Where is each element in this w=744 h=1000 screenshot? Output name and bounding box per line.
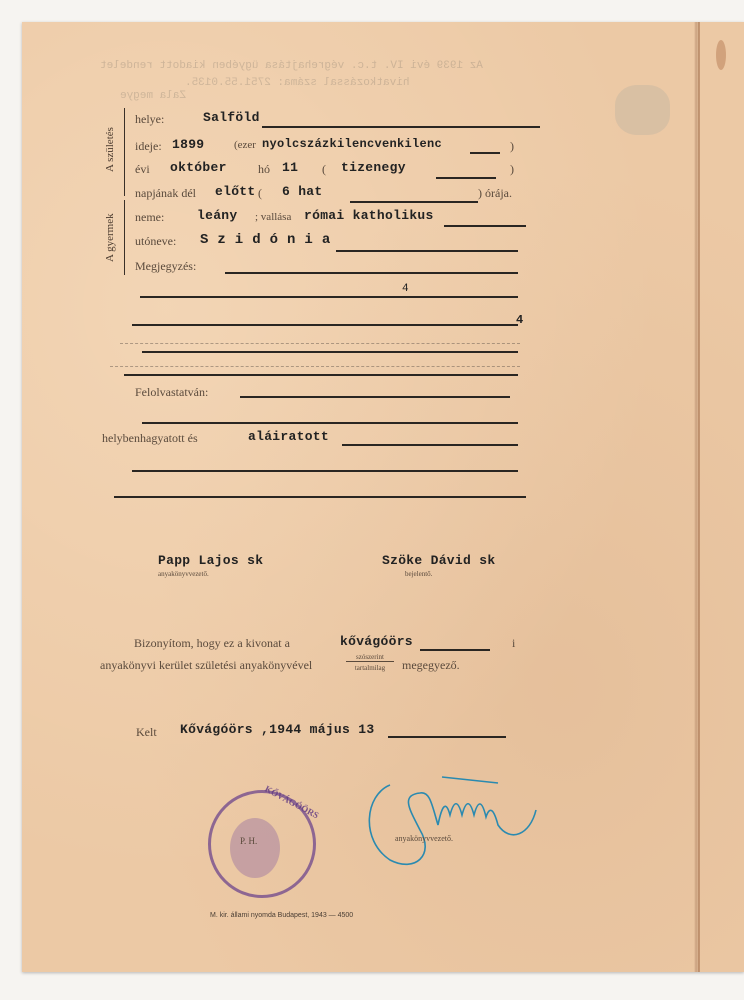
cert-text-3: megegyező. [402, 658, 460, 673]
year-value: 1899 [172, 137, 204, 152]
side-label-child: A gyermek [104, 213, 116, 262]
read-underline-2 [142, 422, 518, 424]
signed-underline [342, 444, 518, 446]
remarks-mark-1: 4 [402, 283, 409, 295]
ghost-header-line-2: hivatkozással száma: 2751.55.0135. [185, 77, 409, 89]
remarks-line-1 [225, 272, 518, 274]
day-underline [436, 177, 496, 179]
ghost-header-right: Zala megye [120, 90, 186, 102]
cert-text-1: Bizonyítom, hogy ez a kivonat a [134, 636, 290, 651]
remarks-line-4 [142, 351, 518, 353]
year-close-paren: ) [510, 139, 514, 154]
day-label: hó [258, 162, 270, 177]
sex-label: neme: [135, 210, 164, 225]
year-suffix-label: évi [135, 162, 150, 177]
district-value: kővágóörs [340, 634, 413, 649]
printer-imprint: M. kir. állami nyomda Budapest, 1943 — 4… [210, 912, 353, 919]
day-words: tizenegy [341, 160, 406, 175]
cert-suffix-i: i [512, 636, 515, 651]
seal-center [230, 818, 280, 878]
registrar-name: Papp Lajos sk [158, 553, 263, 568]
hour-underline [350, 201, 478, 203]
declarant-role: bejelentő. [405, 570, 432, 578]
year-words: nyolcszázkilencvenkilenc [262, 137, 442, 151]
after-signed-line-2 [114, 496, 526, 498]
religion-underline [444, 225, 526, 227]
district-underline [420, 649, 490, 651]
ph-label: P. H. [240, 836, 257, 846]
place-label: helye: [135, 112, 164, 127]
bracket-lower [124, 200, 125, 275]
paper-stain [716, 40, 726, 70]
year-underline [470, 152, 500, 154]
remarks-line-2 [140, 296, 518, 298]
bracket-upper [124, 108, 125, 196]
year-words-prefix: (ezer [234, 139, 256, 151]
approved-label: helybenhagyatott és [102, 431, 198, 446]
side-label-birth: A születés [104, 127, 116, 172]
issued-value: Kővágóörs ,1944 május 13 [180, 722, 374, 737]
sex-value: leány [197, 208, 238, 223]
registrar-role: anyakönyvvezető. [158, 570, 209, 578]
day-value: 11 [282, 160, 298, 175]
read-underline-1 [240, 396, 510, 398]
cert-text-2: anyakönyvi kerület születési anyakönyvév… [100, 658, 312, 673]
given-name-value: S z i d ó n i a [200, 232, 331, 248]
signature-icon [360, 765, 550, 875]
signed-value: aláiratott [248, 429, 329, 444]
month-value: október [170, 160, 227, 175]
official-role: anyakönyvvezető. [395, 834, 453, 843]
remarks-line-3 [132, 324, 518, 326]
day-of-label: napjának dél [135, 186, 196, 201]
hour-open-paren: ( [258, 186, 262, 201]
fold-crease [698, 22, 700, 972]
remarks-label: Megjegyzés: [135, 259, 196, 274]
dotted-guide-1 [120, 343, 520, 344]
declarant-name: Szöke Dávid sk [382, 553, 495, 568]
day-open-paren: ( [322, 162, 326, 177]
day-close-paren: ) [510, 162, 514, 177]
ghost-header-line-1: Az 1939 évi IV. t.c. végrehajtása ügyébe… [100, 60, 483, 72]
issued-label: Kelt [136, 725, 157, 740]
place-underline [262, 126, 540, 128]
remarks-line-5 [124, 374, 518, 376]
place-value: Salföld [203, 110, 260, 125]
religion-value: római katholikus [304, 208, 434, 223]
hour-value: 6 hat [282, 184, 323, 199]
given-name-underline [336, 250, 518, 252]
time-qualifier: előtt [215, 184, 256, 199]
faded-seal-mark [615, 85, 670, 135]
religion-label: ; vallása [255, 211, 291, 223]
remarks-mark-2: 4 [516, 313, 524, 327]
fraction-bottom: tartalmilag [346, 664, 394, 672]
date-label: ideje: [135, 139, 162, 154]
issued-underline [388, 736, 506, 738]
fraction-top: szószerint [346, 653, 394, 662]
dotted-guide-2 [110, 366, 520, 367]
given-name-label: utóneve: [135, 234, 176, 249]
hour-suffix: ) órája. [478, 186, 512, 201]
after-signed-line-1 [132, 470, 518, 472]
read-label: Felolvastatván: [135, 385, 208, 400]
